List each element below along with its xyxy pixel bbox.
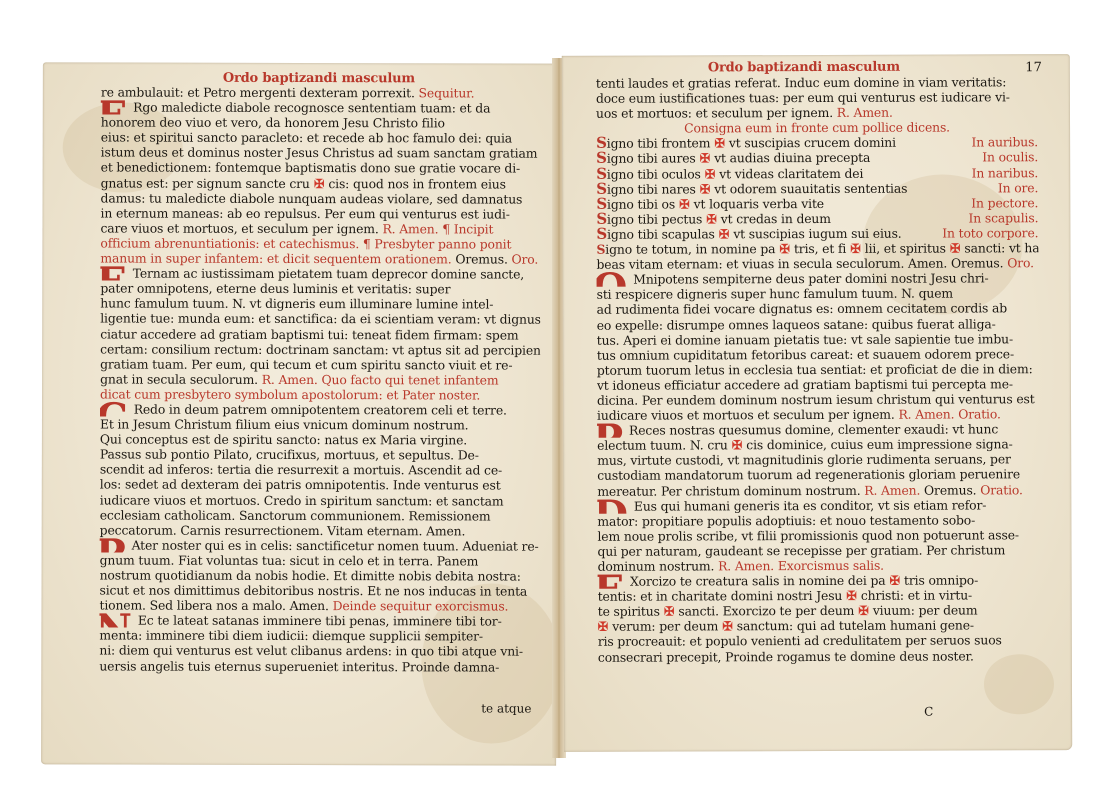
body-text: Qui conceptus est de spiritu sancto: nat… xyxy=(100,432,467,448)
body-text: Xorcizo te creatura salis in nomine dei … xyxy=(630,573,886,589)
body-text: tus omnium cupiditatum fetoribus careat:… xyxy=(597,346,1014,362)
body-text: Ternam ac iustissimam pietatem tuam depr… xyxy=(133,266,524,282)
text-line: dicat cum presbytero symbolum apostoloru… xyxy=(100,386,540,402)
body-text: gnatus est: per signum sancte cru xyxy=(101,175,310,191)
text-line: EXorcizo te creatura salis in nomine dei… xyxy=(598,572,1040,589)
right-text-block: tenti laudes et gratias referat. Induc e… xyxy=(596,74,1040,664)
rubricated-initial: O xyxy=(597,274,628,287)
rubric-side-note: In oculis. xyxy=(982,150,1038,165)
rubric-text: Oro. xyxy=(1003,255,1034,270)
text-line: gnat in secula seculorum. R. Amen. Quo f… xyxy=(100,371,540,387)
text-line: NEc te lateat satanas imminere tibi pena… xyxy=(99,613,539,629)
body-text: tenti laudes et gratias referat. Induc e… xyxy=(596,74,1006,90)
body-text: gnum tuum. Fiat voluntas tua: sicut in c… xyxy=(100,552,479,568)
text-line: damus: tu maledicte diabole nunquam aude… xyxy=(101,190,541,206)
body-text: peccatorum. Carnis resurrectionem. Vitam… xyxy=(100,522,466,538)
cross-icon: ✠ xyxy=(598,619,612,634)
text-line: qui per naturam, gaudeant se recepisse p… xyxy=(597,542,1039,559)
catchword: te atque xyxy=(481,701,531,715)
body-text: doce eum iustificationes tuas: per eum q… xyxy=(596,89,1010,105)
cross-icon: ✠ xyxy=(696,181,715,196)
body-text: vt audias diuina precepta xyxy=(714,150,870,166)
body-text: hunc famulum tuum. N. vt digneris eum il… xyxy=(100,296,493,312)
body-text: iudicare viuos et mortuos. Credo in spir… xyxy=(100,492,504,508)
rubric-side-note: In pectore. xyxy=(971,195,1038,210)
body-text: igno tibi frontem xyxy=(607,136,711,151)
body-text: cis dominice, cuius eum impressione sign… xyxy=(746,437,1012,453)
cross-icon: ✠ xyxy=(842,588,861,603)
signing-row: Signo tibi oculos ✠ vt videas claritatem… xyxy=(596,165,1038,182)
rubricated-initial: P xyxy=(100,539,126,553)
cross-icon: ✠ xyxy=(715,226,734,241)
body-text: consecrari precepit, Proinde rogamus te … xyxy=(598,648,974,664)
body-text: ciatur accedere ad gratiam baptismi tui:… xyxy=(100,326,518,342)
text-line: consecrari precepit, Proinde rogamus te … xyxy=(598,648,1040,665)
body-text: igno tibi nares xyxy=(607,181,696,196)
body-text: vt suscipias crucem domini xyxy=(729,135,896,151)
body-text: re ambulauit: et Petro mergenti dexteram… xyxy=(101,84,415,100)
cross-icon: ✠ xyxy=(675,196,694,211)
text-line: custodiam mandatorum tuorum ad regenerat… xyxy=(597,467,1039,484)
signing-row: Signo tibi pectus ✠ vt credas in deumIn … xyxy=(596,210,1038,227)
body-text: ecclesiam catholicam. Sanctorum communio… xyxy=(100,507,491,523)
text-line: menta: imminere tibi diem iudicii: diemq… xyxy=(99,628,539,644)
signature-mark: C xyxy=(924,705,933,719)
body-text: tentis: et in charitate domini nostri Je… xyxy=(598,588,843,604)
body-text: Reces nostras quesumus domine, clementer… xyxy=(629,422,998,438)
text-line: sti respicere digneris super hunc famulu… xyxy=(597,286,1039,303)
body-text: igno tibi os xyxy=(607,196,675,211)
text-line: care viuos et mortuos, et seculum per ig… xyxy=(100,220,540,236)
text-line: vt idoneus efficiatur accedere ad gratia… xyxy=(597,376,1039,393)
body-text: christi: et in virtu- xyxy=(861,588,972,603)
text-line: honorem deo viuo et vero, da honorem Jes… xyxy=(101,115,541,131)
text-line: dicina. Per eundem dominum nostrum iesum… xyxy=(597,391,1039,408)
text-line: ERgo maledicte diabole recognosce senten… xyxy=(101,100,541,116)
body-text: istum deus et dominus noster Jesus Chris… xyxy=(101,145,538,161)
body-text: vt credas in deum xyxy=(721,211,831,226)
text-line: mus, virtute custodi, vt magnitudinis gl… xyxy=(597,452,1039,469)
body-text: tris omnipo- xyxy=(904,573,978,588)
text-line: PAter noster qui es in celis: sanctifice… xyxy=(100,537,540,553)
text-line: mator: propitiare populis adoptiuis: et … xyxy=(597,512,1039,529)
text-line: manum in super infantem: et dicit sequen… xyxy=(100,251,540,267)
text-line: Passus sub pontio Pilato, crucifixus, mo… xyxy=(100,447,540,463)
body-text: Et in Jesum Christum filium eius vnicum … xyxy=(100,417,469,433)
text-line: scendit ad inferos: tertia die resurrexi… xyxy=(100,462,540,478)
text-line: tus omnium cupiditatum fetoribus careat:… xyxy=(597,346,1039,363)
text-line: peccatorum. Carnis resurrectionem. Vitam… xyxy=(100,522,540,538)
signing-text: Signo tibi nares ✠ vt odorem suauitatis … xyxy=(596,180,907,196)
text-line: DEus qui humani generis ita es conditor,… xyxy=(597,497,1039,514)
text-line: uos et mortuos: et seculum per ignem. R.… xyxy=(596,104,1038,121)
body-text: Eus qui humani generis ita es conditor, … xyxy=(634,497,986,513)
text-line: ligentie tue: munda eum: et sanctifica: … xyxy=(100,311,540,327)
left-text-block: re ambulauit: et Petro mergenti dexteram… xyxy=(99,84,541,674)
text-line: CRedo in deum patrem omnipotentem creato… xyxy=(100,401,540,417)
body-text: vt loquaris verba vite xyxy=(694,196,824,211)
signing-text: Signo tibi frontem ✠ vt suscipias crucem… xyxy=(596,135,896,151)
body-text: ni: diem qui venturus est velut clibanus… xyxy=(99,643,523,659)
body-text: te spiritus xyxy=(598,604,660,619)
text-line: tus. Aperi ei domine ianuam pietatis tue… xyxy=(597,331,1039,348)
cross-icon: ✠ xyxy=(310,176,329,191)
rubric-text: Oro. xyxy=(508,252,538,267)
text-line: certam: consilium rectum: doctrinam sanc… xyxy=(100,341,540,357)
body-text: ris procreauit: et populo venienti ad cr… xyxy=(598,633,1002,649)
text-line: nostrum quotidianum da nobis hodie. Et d… xyxy=(100,567,540,583)
body-text: nostrum quotidianum da nobis hodie. Et d… xyxy=(100,567,521,583)
body-text: vt idoneus efficiatur accedere ad gratia… xyxy=(597,376,1013,392)
body-text: lem noue prolis scribe, vt filii promiss… xyxy=(597,527,1019,543)
rubricated-initial: S xyxy=(596,225,607,243)
body-text: Mnipotens sempiterne deus pater domini n… xyxy=(633,271,988,287)
body-text: igno tibi aures xyxy=(607,151,696,166)
text-line: Signo te totum, in nomine pa ✠ tris, et … xyxy=(596,240,1038,257)
body-text: igno te totum, in nomine pa xyxy=(605,241,775,257)
text-line: eius: et spiritui sancto paracleto: et r… xyxy=(101,130,541,146)
text-line: ad rudimenta fidei vocare dignatus es: o… xyxy=(597,301,1039,318)
body-text: beas vitam eternam: et viuas in secula s… xyxy=(596,255,1003,271)
body-text: Oremus. xyxy=(452,251,508,266)
body-text: tus. Aperi ei domine ianuam pietatis tue… xyxy=(597,331,1013,347)
body-text: iudicare viuos et mortuos et seculum per… xyxy=(597,407,895,423)
text-line: lem noue prolis scribe, vt filii promiss… xyxy=(597,527,1039,544)
body-text: Redo in deum patrem omnipotentem creator… xyxy=(134,402,507,418)
text-line: ecclesiam catholicam. Sanctorum communio… xyxy=(100,507,540,523)
text-line: ETernam ac iustissimam pietatem tuam dep… xyxy=(100,266,540,282)
rubric-side-note: In toto corpore. xyxy=(942,225,1038,240)
body-text: electum tuum. N. cru xyxy=(597,438,728,453)
text-line: tenti laudes et gratias referat. Induc e… xyxy=(596,74,1038,91)
body-text: viuum: per deum xyxy=(873,603,978,618)
body-text: mereatur. Per christum dominum nostrum. xyxy=(597,482,860,498)
body-text: certam: consilium rectum: doctrinam sanc… xyxy=(100,341,540,357)
body-text: uos et mortuos: et seculum per ignem. xyxy=(596,105,833,121)
body-text: eo expelle: disrumpe omnes laqueos satan… xyxy=(597,316,996,332)
cross-icon: ✠ xyxy=(696,151,715,166)
body-text: vt odorem suauitatis sententias xyxy=(714,180,907,196)
body-text: Ec te lateat satanas imminere tibi penas… xyxy=(138,613,502,629)
text-line: te spiritus ✠ sancti. Exorcizo te per de… xyxy=(598,603,1040,620)
signing-row: Signo tibi nares ✠ vt odorem suauitatis … xyxy=(596,180,1038,197)
text-line: tentis: et in charitate domini nostri Je… xyxy=(598,587,1040,604)
body-text: Ater noster qui es in celis: sanctificet… xyxy=(132,537,539,553)
text-line: mereatur. Per christum dominum nostrum. … xyxy=(597,482,1039,499)
left-page: Ordo baptizandi masculum re ambulauit: e… xyxy=(41,62,558,765)
text-line: officium abrenuntiationis: et catechismu… xyxy=(100,235,540,251)
text-line: gratiam tuam. Per eum, qui tecum et cum … xyxy=(100,356,540,372)
text-line: los: sedet ad dexteram dei patris omnipo… xyxy=(100,477,540,493)
body-text: vt suscipias iugum sui eius. xyxy=(733,226,901,242)
text-line: pater omnipotens, eterne deus luminis et… xyxy=(100,281,540,297)
signing-row: Signo tibi os ✠ vt loquaris verba viteIn… xyxy=(596,195,1038,212)
body-text: ad rudimenta fidei vocare dignatus es: o… xyxy=(597,301,1007,317)
rubricated-initial: S xyxy=(596,242,605,257)
body-text: Passus sub pontio Pilato, crucifixus, mo… xyxy=(100,447,479,463)
text-line: gnatus est: per signum sancte cru ✠ cis:… xyxy=(101,175,541,191)
text-line: iudicare viuos et mortuos. Credo in spir… xyxy=(100,492,540,508)
body-text: gratiam tuam. Per eum, qui tecum et cum … xyxy=(100,356,512,372)
rubricated-initial: D xyxy=(597,500,628,513)
cross-icon: ✠ xyxy=(885,573,904,588)
rubric-text: Deinde sequitur exorcismus. xyxy=(329,598,509,613)
text-line: istum deus et dominus noster Jesus Chris… xyxy=(101,145,541,161)
text-line: ✠ verum: per deum ✠ sanctum: qui ad tute… xyxy=(598,618,1040,635)
body-text: sicut et nos dimittimus debitoribus nost… xyxy=(100,583,528,599)
body-text: Rgo maledicte diabole recognosce sentent… xyxy=(133,100,490,116)
body-text: qui per naturam, gaudeant se recepisse p… xyxy=(597,542,1005,558)
text-line: dominum nostrum. R. Amen. Exorcismus sal… xyxy=(598,557,1040,574)
body-text: et benedictionem: fontemque baptismatis … xyxy=(101,160,520,176)
signing-text: Signo tibi oculos ✠ vt videas claritatem… xyxy=(596,165,863,181)
cross-icon: ✠ xyxy=(702,211,721,226)
body-text: verum: per deum xyxy=(612,619,718,634)
rubric-text: R. Amen. Quo facto qui tenet infantem xyxy=(258,372,499,388)
body-text: damus: tu maledicte diabole nunquam aude… xyxy=(101,190,523,206)
cross-icon: ✠ xyxy=(701,166,720,181)
body-text: in eternum maneas: ab eo repulsus. Per e… xyxy=(101,205,510,221)
text-line: re ambulauit: et Petro mergenti dexteram… xyxy=(101,84,541,100)
rubricated-initial: C xyxy=(100,403,128,417)
body-text: gnat in secula seculorum. xyxy=(100,371,258,386)
body-text: mus, virtute custodi, vt magnitudinis gl… xyxy=(597,452,1011,468)
rubric-text: Oratio. xyxy=(976,482,1022,497)
text-line: ciatur accedere ad gratiam baptismi tui:… xyxy=(100,326,540,342)
signing-text: Signo tibi aures ✠ vt audias diuina prec… xyxy=(596,150,870,166)
running-head: Ordo baptizandi masculum xyxy=(708,60,900,76)
text-line: gnum tuum. Fiat voluntas tua: sicut in c… xyxy=(100,552,540,568)
text-line: Qui conceptus est de spiritu sancto: nat… xyxy=(100,432,540,448)
body-text: dominum nostrum. xyxy=(598,558,715,573)
rubric-heading: Consigna eum in fronte cum pollice dicen… xyxy=(596,120,1038,137)
text-line: doce eum iustificationes tuas: per eum q… xyxy=(596,89,1038,106)
body-text: los: sedet ad dexteram dei patris omnipo… xyxy=(100,477,501,493)
body-text: scendit ad inferos: tertia die resurrexi… xyxy=(100,462,502,478)
rubric-side-note: In ore. xyxy=(998,180,1038,195)
cross-icon: ✠ xyxy=(846,241,865,256)
text-line: Et in Jesum Christum filium eius vnicum … xyxy=(100,417,540,433)
rubricated-initial: P xyxy=(597,425,623,438)
text-line: in eternum maneas: ab eo repulsus. Per e… xyxy=(101,205,541,221)
body-text: igno tibi pectus xyxy=(607,211,702,226)
rubric-text: R. Amen. ¶ Incipit xyxy=(379,221,494,236)
body-text: tris, et fi xyxy=(794,241,846,256)
text-line: uersis angelis tuis eternus superueniet … xyxy=(99,658,539,674)
text-line: electum tuum. N. cru ✠ cis dominice, cui… xyxy=(597,436,1039,453)
text-line: eo expelle: disrumpe omnes laqueos satan… xyxy=(597,316,1039,333)
body-text: eius: et spiritui sancto paracleto: et r… xyxy=(101,130,512,146)
rubric-side-note: In naribus. xyxy=(972,165,1039,180)
rubricated-initial: E xyxy=(598,576,624,589)
body-text: uersis angelis tuis eternus superueniet … xyxy=(99,658,499,674)
body-text: mator: propitiare populis adoptiuis: et … xyxy=(597,512,975,528)
cross-icon: ✠ xyxy=(946,241,965,256)
body-text: sancti. Exorcizo te per deum xyxy=(678,603,854,619)
signing-text: Signo tibi pectus ✠ vt credas in deum xyxy=(596,211,831,227)
body-text: dicina. Per eundem dominum nostrum iesum… xyxy=(597,391,1035,408)
body-text: ptorum tuorum letus in ecclesia tua sent… xyxy=(597,361,1033,378)
cross-icon: ✠ xyxy=(718,619,737,634)
signing-text: Signo tibi os ✠ vt loquaris verba vite xyxy=(596,196,824,212)
signing-row: Signo tibi frontem ✠ vt suscipias crucem… xyxy=(596,135,1038,152)
text-line: tionem. Sed libera nos a malo. Amen. Dei… xyxy=(99,598,539,614)
body-text: igno tibi oculos xyxy=(607,166,701,181)
rubricated-initial: E xyxy=(100,268,126,282)
body-text: menta: imminere tibi diem iudicii: diemq… xyxy=(99,628,483,644)
rubric-text: officium abrenuntiationis: et catechismu… xyxy=(100,235,511,251)
rubric-text: R. Amen. xyxy=(833,105,893,120)
paper-stain xyxy=(984,654,1054,714)
text-line: et benedictionem: fontemque baptismatis … xyxy=(101,160,541,176)
cross-icon: ✠ xyxy=(710,136,729,151)
rubric-text: manum in super infantem: et dicit sequen… xyxy=(100,251,451,267)
body-text: sti respicere digneris super hunc famulu… xyxy=(597,286,953,302)
signing-row: Signo tibi scapulas ✠ vt suscipias iugum… xyxy=(596,225,1038,242)
text-line: hunc famulum tuum. N. vt digneris eum il… xyxy=(100,296,540,312)
cross-icon: ✠ xyxy=(775,241,794,256)
right-page: Ordo baptizandi masculum 17 tenti laudes… xyxy=(562,54,1072,752)
rubricated-initial: E xyxy=(101,102,127,116)
signing-row: Signo tibi aures ✠ vt audias diuina prec… xyxy=(596,150,1038,167)
body-text: igno tibi scapulas xyxy=(607,226,715,241)
body-text: care viuos et mortuos, et seculum per ig… xyxy=(100,220,378,236)
body-text: cis: quod nos in frontem eius xyxy=(328,176,506,191)
cross-icon: ✠ xyxy=(660,604,679,619)
body-text: lii, et spiritus xyxy=(865,241,946,256)
rubric-side-note: In auribus. xyxy=(971,135,1038,150)
rubric-text: dicat cum presbytero symbolum apostoloru… xyxy=(100,386,480,402)
text-line: OMnipotens sempiterne deus pater domini … xyxy=(597,270,1039,287)
body-text: sancti: vt ha- xyxy=(964,240,1038,255)
rubric-text: Sequitur. xyxy=(415,85,475,100)
rubric-text: R. Amen. xyxy=(860,482,920,497)
rubric-text: R. Amen. Exorcismus salis. xyxy=(714,558,884,574)
folio-number: 17 xyxy=(1025,60,1042,75)
cross-icon: ✠ xyxy=(728,437,747,452)
rubric-text: R. Amen. Oratio. xyxy=(895,406,1001,421)
body-text: honorem deo viuo et vero, da honorem Jes… xyxy=(101,115,445,131)
text-line: ptorum tuorum letus in ecclesia tua sent… xyxy=(597,361,1039,378)
body-text: tionem. Sed libera nos a malo. Amen. xyxy=(99,598,328,614)
rubricated-initial: N xyxy=(99,615,131,629)
body-text: Oremus. xyxy=(920,482,976,497)
rubric-side-note: In scapulis. xyxy=(968,210,1038,225)
body-text: pater omnipotens, eterne deus luminis et… xyxy=(100,281,450,297)
text-line: ris procreauit: et populo venienti ad cr… xyxy=(598,633,1040,650)
text-line: iudicare viuos et mortuos et seculum per… xyxy=(597,406,1039,423)
cross-icon: ✠ xyxy=(854,603,873,618)
body-text: vt videas claritatem dei xyxy=(719,165,863,181)
text-line: PReces nostras quesumus domine, clemente… xyxy=(597,421,1039,438)
body-text: sanctum: qui ad tutelam humani gene- xyxy=(737,618,974,634)
text-line: beas vitam eternam: et viuas in secula s… xyxy=(596,255,1038,272)
body-text: ligentie tue: munda eum: et sanctifica: … xyxy=(100,311,540,327)
text-line: sicut et nos dimittimus debitoribus nost… xyxy=(100,583,540,599)
text-line: ni: diem qui venturus est velut clibanus… xyxy=(99,643,539,659)
signing-text: Signo tibi scapulas ✠ vt suscipias iugum… xyxy=(596,226,901,242)
body-text: custodiam mandatorum tuorum ad regenerat… xyxy=(597,467,1020,483)
